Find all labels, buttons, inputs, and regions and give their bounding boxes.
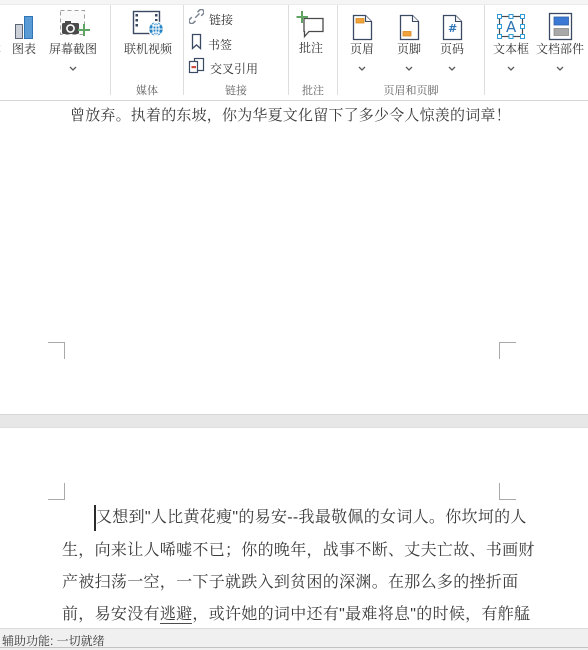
- chart-icon: [13, 8, 35, 41]
- chart-label: 图表: [12, 42, 36, 56]
- link-button[interactable]: 链接: [189, 9, 233, 29]
- page-number-button[interactable]: # 页码: [434, 8, 470, 65]
- cross-reference-button[interactable]: 交叉引用: [188, 57, 258, 79]
- page2-line4-pre: 前，易安没有: [62, 606, 160, 623]
- quick-parts-icon: [548, 8, 573, 41]
- footer-label: 页脚: [397, 42, 421, 56]
- chevron-down-icon: [405, 59, 413, 65]
- cross-reference-label: 交叉引用: [210, 60, 258, 77]
- page2-text-line[interactable]: 又想到"人比黄花瘦"的易安--我最敬佩的女词人。你坎坷的人: [96, 507, 527, 528]
- page2-top-left-margin-mark: [48, 483, 65, 500]
- footer-icon: [399, 8, 420, 41]
- svg-text:#: #: [448, 22, 457, 35]
- page2-top-right-margin-mark: [499, 483, 516, 500]
- svg-text:A: A: [506, 18, 517, 36]
- media-group-label: 媒体: [112, 82, 182, 98]
- ribbon-insert-tab: t 图表 屏幕截图: [0, 0, 588, 101]
- online-video-icon: [130, 8, 166, 41]
- page-number-icon: #: [442, 8, 463, 41]
- cross-reference-icon: [188, 57, 205, 79]
- group-separator: [110, 5, 111, 95]
- status-bar-divider: [0, 647, 588, 648]
- online-video-label: 联机视频: [124, 42, 172, 56]
- link-icon: [189, 9, 204, 29]
- bookmark-button[interactable]: 书签: [190, 33, 232, 55]
- online-video-button[interactable]: 联机视频: [115, 8, 181, 56]
- comments-group-label: 批注: [289, 82, 337, 98]
- chevron-down-icon: [448, 59, 456, 65]
- proofing-underlined-word: 逃避: [160, 606, 193, 624]
- bookmark-label: 书签: [208, 36, 232, 53]
- bookmark-icon: [190, 33, 203, 55]
- comment-label: 批注: [299, 41, 323, 55]
- screenshot-button[interactable]: 屏幕截图: [44, 8, 102, 65]
- header-label: 页眉: [350, 42, 374, 56]
- word-window: t 图表 屏幕截图: [0, 0, 588, 650]
- header-button[interactable]: 页眉: [344, 8, 380, 65]
- page-number-label: 页码: [440, 42, 464, 56]
- links-group-label: 链接: [184, 82, 288, 98]
- chevron-down-icon: [507, 59, 515, 65]
- document-canvas[interactable]: 曾放弃。执着的东坡，你为华夏文化留下了多少令人惊羡的词章！ 又想到"人比黄花瘦"…: [0, 102, 588, 628]
- text-box-icon: A: [494, 8, 528, 41]
- page1-bottom-left-margin-mark: [48, 342, 65, 359]
- group-separator: [484, 5, 485, 95]
- comment-button[interactable]: 批注: [291, 7, 331, 55]
- page2-text-line[interactable]: 前，易安没有逃避，或许她的词中还有"最难将息"的时候，有舴艋: [62, 604, 530, 625]
- screenshot-label: 屏幕截图: [49, 42, 97, 56]
- quick-parts-button[interactable]: 文档部件: [534, 8, 586, 65]
- status-bar: 辅助功能: 一切就绪: [0, 628, 588, 650]
- footer-button[interactable]: 页脚: [391, 8, 427, 65]
- comment-icon: [296, 7, 326, 40]
- chevron-down-icon: [358, 59, 366, 65]
- chevron-down-icon: [69, 59, 77, 65]
- ribbon-top-band: [0, 0, 588, 5]
- link-label: 链接: [209, 11, 233, 28]
- text-box-label: 文本框: [493, 42, 529, 56]
- screenshot-icon: [56, 8, 90, 41]
- chart-button[interactable]: 图表: [6, 8, 42, 56]
- text-box-button[interactable]: A 文本框: [489, 8, 533, 65]
- chevron-down-icon: [556, 59, 564, 65]
- header-icon: [352, 8, 373, 41]
- quick-parts-label: 文档部件: [536, 42, 584, 56]
- page1-bottom-right-margin-mark: [499, 342, 516, 359]
- page-gap: [0, 414, 588, 428]
- page2-line4-post: ，或许她的词中还有"最难将息"的时候，有舴艋: [192, 606, 530, 623]
- page2-text-line[interactable]: 生，向来让人唏嘘不已；你的晚年，战事不断、丈夫亡故、书画财: [62, 540, 535, 561]
- page2-text-line[interactable]: 产被扫荡一空，一下子就跌入到贫困的深渊。在那么多的挫折面: [62, 572, 518, 593]
- header-footer-group-label: 页眉和页脚: [338, 82, 484, 98]
- page1-text-line[interactable]: 曾放弃。执着的东坡，你为华夏文化留下了多少令人惊羡的词章！: [70, 106, 511, 126]
